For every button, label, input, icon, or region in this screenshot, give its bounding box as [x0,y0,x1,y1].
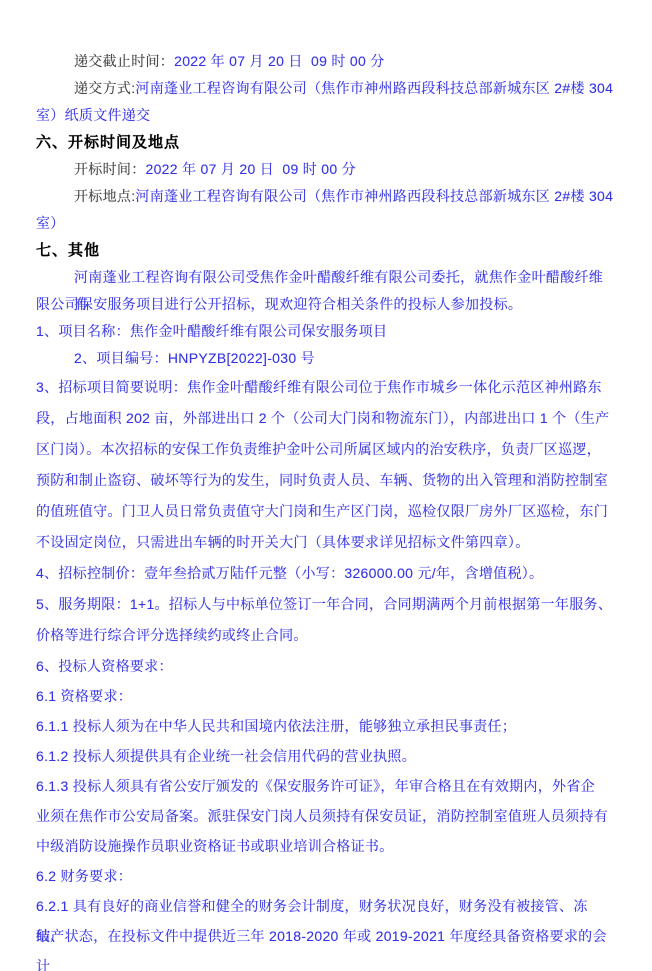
line-text: 段，占地面积 202 亩，外部进出口 2 个（公司大门岗和物流东门），内部进出口… [36,410,609,426]
line-finance-6-2: 6.2 财务要求： [36,861,616,891]
line-text: 破产状态，在投标文件中提供近三年 2018-2020 年或 2019-2021 … [36,928,607,971]
heading-section-7: 七、其他 [36,237,616,264]
line-text: 中级消防设施操作员职业资格证书或职业培训合格证书。 [36,838,394,854]
line-text: 业须在焦作市公安局备案。派驻保安门岗人员须持有保安员证，消防控制室值班人员须持有 [36,808,608,824]
line-text: 不设固定岗位，只需进出车辆的时开关大门（具体要求详见招标文件第四章）。 [36,534,530,550]
line-text: 的值班值守。门卫人员日常负责值守大门岗和生产区门岗，巡检仅限厂房外厂区巡检，东门 [36,503,608,519]
line-qual-6-1-3b: 业须在焦作市公安局备案。派驻保安门岗人员须持有保安员证，消防控制室值班人员须持有 [36,801,616,831]
line-text: 4、招标控制价：壹年叁拾贰万陆仟元整（小写：326000.00 元/年，含增值税… [36,565,543,581]
line-project-desc-1: 3、招标项目简要说明：焦作金叶醋酸纤维有限公司位于焦作市城乡一体化示范区神州路东 [36,372,616,403]
line-bid-opening-time: 开标时间：2022 年 07 月 20 日 09 时 00 分 [36,156,616,183]
line-qual-6-1-2: 6.1.2 投标人须提供具有企业统一社会信用代码的营业执照。 [36,741,616,771]
line-bidder-requirements: 6、投标人资格要求： [36,651,616,681]
field-value: 河南蓬业工程咨询有限公司（焦作市神州路西段科技总部新城东区 2#楼 304 [135,188,613,204]
line-finance-6-2-1b: 破产状态，在投标文件中提供近三年 2018-2020 年或 2019-2021 … [36,921,616,951]
line-text: 6、投标人资格要求： [36,658,173,674]
document-page: 递交截止时间：2022 年 07 月 20 日 09 时 00 分 递交方式:河… [0,0,652,971]
line-project-desc-4: 预防和制止盗窃、破坏等行为的发生，同时负责人员、车辆、货物的出入管理和消防控制室 [36,465,616,496]
line-text: 区门岗）。本次招标的安保工作负责维护金叶公司所属区域内的治安秩序，负责厂区巡逻， [36,441,601,457]
line-project-desc-3: 区门岗）。本次招标的安保工作负责维护金叶公司所属区域内的治安秩序，负责厂区巡逻， [36,434,616,465]
line-text: 6.1.2 投标人须提供具有企业统一社会信用代码的营业执照。 [36,748,416,764]
line-service-term-2: 价格等进行综合评分选择续约或终止合同。 [36,620,616,651]
line-text: 6.1.3 投标人须具有省公安厅颁发的《保安服务许可证》，年审合格且在有效期内，… [36,778,595,794]
line-text: 6.1 资格要求： [36,688,132,704]
field-label: 开标时间： [74,161,146,177]
field-label: 开标地点: [74,188,135,204]
line-project-number: 2、项目编号：HNPYZB[2022]-030 号 [36,345,616,372]
line-qual-6-1-1: 6.1.1 投标人须为在中华人民共和国境内依法注册，能够独立承担民事责任； [36,711,616,741]
line-text: 预防和制止盗窃、破坏等行为的发生，同时负责人员、车辆、货物的出入管理和消防控制室 [36,472,608,488]
line-control-price: 4、招标控制价：壹年叁拾贰万陆仟元整（小写：326000.00 元/年，含增值税… [36,558,616,589]
heading-text: 七、其他 [36,242,100,259]
line-text: 5、服务期限：1+1。招标人与中标单位签订一年合同，合同期满两个月前根据第一年服… [36,596,612,612]
line-intro-2: 限公司保安服务项目进行公开招标，现欢迎符合相关条件的投标人参加投标。 [36,291,616,318]
line-qual-6-1-3c: 中级消防设施操作员职业资格证书或职业培训合格证书。 [36,831,616,861]
line-project-name: 1、项目名称：焦作金叶醋酸纤维有限公司保安服务项目 [36,318,616,345]
field-value: 2022 年 07 月 20 日 09 时 00 分 [146,161,356,177]
line-text: 价格等进行综合评分选择续约或终止合同。 [36,627,308,643]
line-project-desc-2: 段，占地面积 202 亩，外部进出口 2 个（公司大门岗和物流东门），内部进出口… [36,403,616,434]
line-text: 室） [36,215,65,231]
line-intro-1: 河南蓬业工程咨询有限公司受焦作金叶醋酸纤维有限公司委托，就焦作金叶醋酸纤维有 [36,264,616,291]
line-text: 6.2 财务要求： [36,868,132,884]
line-text: 2、项目编号：HNPYZB[2022]-030 号 [74,350,315,366]
line-submit-method-cont: 室）纸质文件递交 [36,102,616,129]
line-text: 室）纸质文件递交 [36,107,150,123]
heading-section-6: 六、开标时间及地点 [36,129,616,156]
line-qual-6-1: 6.1 资格要求： [36,681,616,711]
line-qual-6-1-3a: 6.1.3 投标人须具有省公安厅颁发的《保安服务许可证》，年审合格且在有效期内，… [36,771,616,801]
line-bid-opening-place-cont: 室） [36,210,616,237]
line-text: 3、招标项目简要说明：焦作金叶醋酸纤维有限公司位于焦作市城乡一体化示范区神州路东 [36,379,602,395]
line-text: 限公司保安服务项目进行公开招标，现欢迎符合相关条件的投标人参加投标。 [36,296,522,312]
heading-text: 六、开标时间及地点 [36,134,180,151]
line-text: 1、项目名称：焦作金叶醋酸纤维有限公司保安服务项目 [36,323,387,339]
line-project-desc-5: 的值班值守。门卫人员日常负责值守大门岗和生产区门岗，巡检仅限厂房外厂区巡检，东门 [36,496,616,527]
line-submit-deadline: 递交截止时间：2022 年 07 月 20 日 09 时 00 分 [36,48,616,75]
line-submit-method: 递交方式:河南蓬业工程咨询有限公司（焦作市神州路西段科技总部新城东区 2#楼 3… [36,75,616,102]
line-project-desc-6: 不设固定岗位，只需进出车辆的时开关大门（具体要求详见招标文件第四章）。 [36,527,616,558]
field-value: 2022 年 07 月 20 日 09 时 00 分 [174,53,384,69]
field-value: 河南蓬业工程咨询有限公司（焦作市神州路西段科技总部新城东区 2#楼 304 [135,80,613,96]
line-bid-opening-place: 开标地点:河南蓬业工程咨询有限公司（焦作市神州路西段科技总部新城东区 2#楼 3… [36,183,616,210]
line-service-term-1: 5、服务期限：1+1。招标人与中标单位签订一年合同，合同期满两个月前根据第一年服… [36,589,616,620]
line-text: 6.1.1 投标人须为在中华人民共和国境内依法注册，能够独立承担民事责任； [36,718,516,734]
field-label: 递交截止时间： [74,53,174,69]
field-label: 递交方式: [74,80,135,96]
line-finance-6-2-1a: 6.2.1 具有良好的商业信誉和健全的财务会计制度，财务状况良好，财务没有被接管… [36,891,616,921]
